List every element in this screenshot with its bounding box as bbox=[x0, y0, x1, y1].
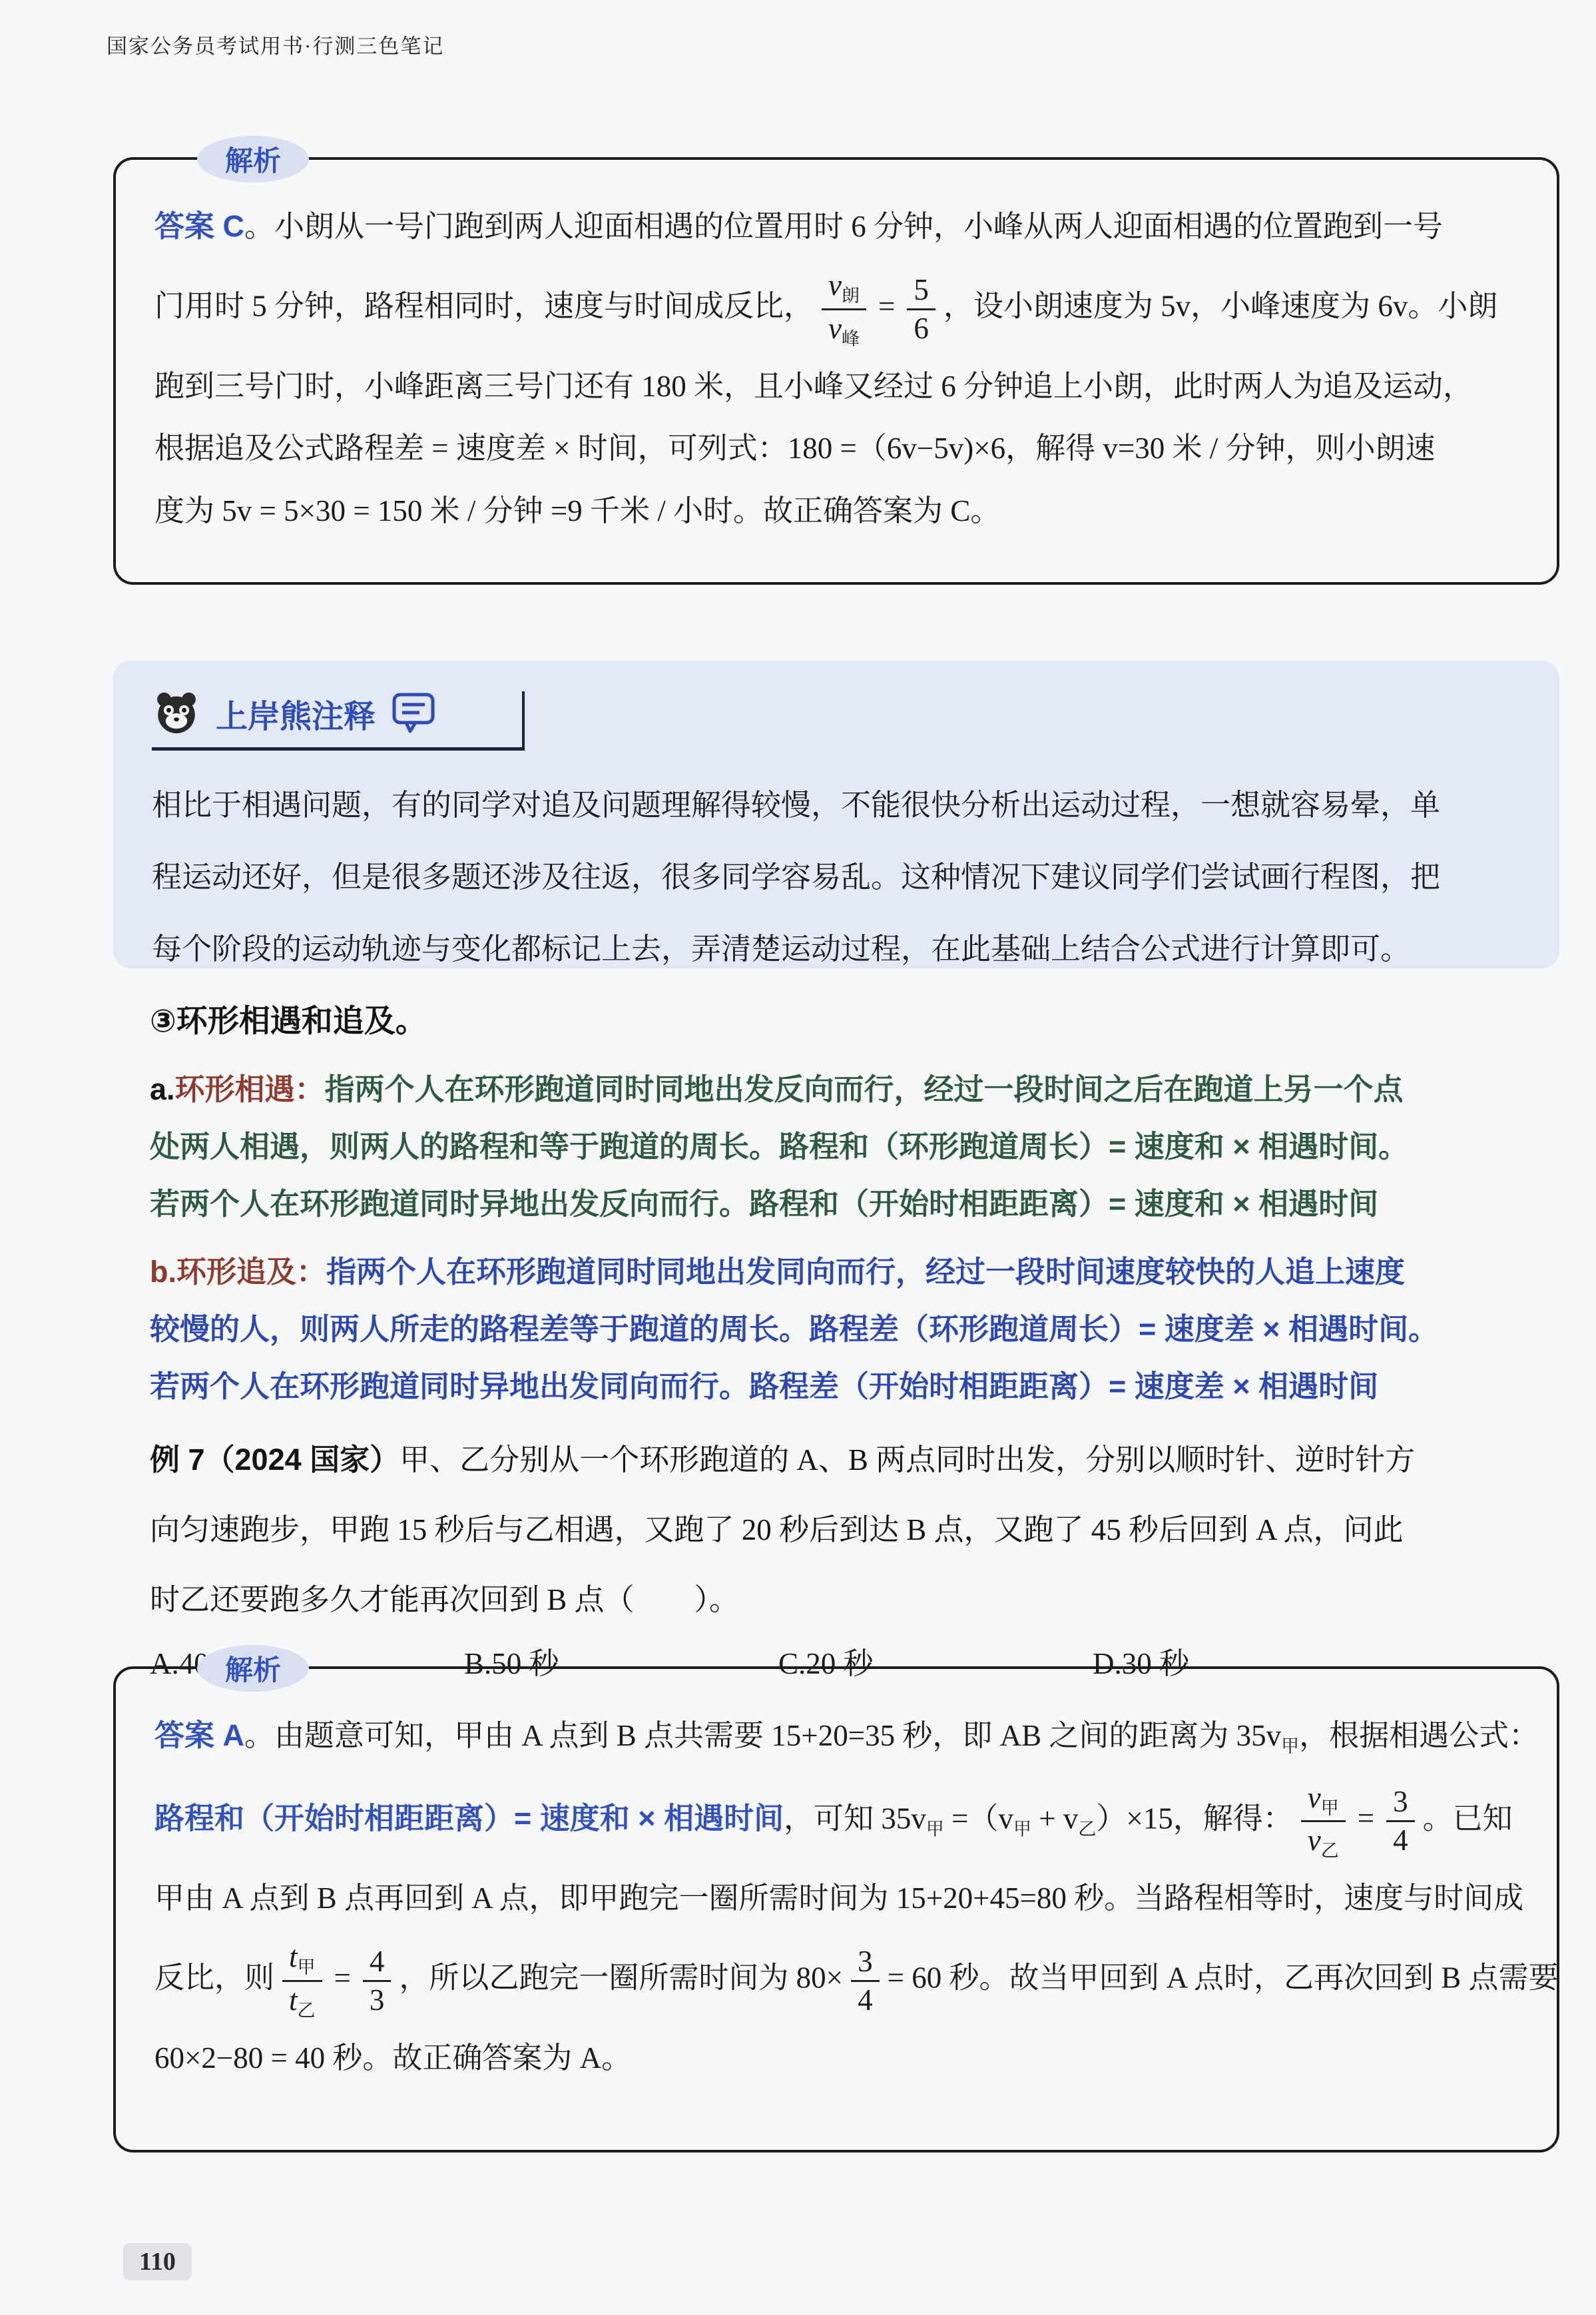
frac-num-sub: 朗 bbox=[842, 286, 860, 306]
book-page: 国家公务员考试用书·行测三色笔记 解析 答案 C。小朗从一号门跑到两人迎面相遇的… bbox=[0, 0, 1596, 2315]
answer-letter: 答案 C bbox=[154, 209, 244, 243]
note-header: 上岸熊注释 bbox=[152, 689, 525, 751]
analysis2-line4-text-a: 反比，则 bbox=[154, 1961, 274, 1995]
analysis2-line1-text-b: ，根据相遇公式： bbox=[1299, 1719, 1539, 1752]
circular-meeting-paragraph: a.环形相遇：指两个人在环形跑道同时同地出发反向而行，经过一段时间之后在跑道上另… bbox=[150, 1061, 1561, 1233]
analysis2-line2-text-d: ）×15，解得： bbox=[1096, 1802, 1292, 1835]
analysis2-line4-text-c: = 60 秒。故当甲回到 A 点时，乙再次回到 B 点需要 bbox=[888, 1961, 1559, 1995]
frac-num-base: t bbox=[289, 1940, 298, 1973]
analysis2-line3: 甲由 A 点到 B 点再回到 A 点，即甲跑完一圈所需时间为 15+20+45=… bbox=[154, 1879, 1518, 1918]
bear-icon bbox=[152, 689, 201, 738]
frac-num-sub: 甲 bbox=[1321, 1798, 1339, 1818]
equals-sign: = bbox=[334, 1961, 351, 1995]
para-a-line3: 若两个人在环形跑道同时异地出发反向而行。路程和（开始时相距距离）= 速度和 × … bbox=[150, 1175, 1561, 1233]
circular-pursuit-paragraph: b.环形追及：指两个人在环形跑道同时同地出发同向而行，经过一段时间速度较快的人追… bbox=[150, 1243, 1561, 1415]
para-b-line3: 若两个人在环形跑道同时异地出发同向而行。路程差（开始时相距距离）= 速度差 × … bbox=[150, 1358, 1561, 1415]
note-line2: 程运动还好，但是很多题还涉及往返，很多同学容易乱。这种情况下建议同学们尝试画行程… bbox=[152, 841, 1521, 913]
analysis1-line1-text: 小朗从一号门跑到两人迎面相遇的位置用时 6 分钟，小峰从两人迎面相遇的位置跑到一… bbox=[274, 210, 1443, 243]
frac-val-num: 5 bbox=[907, 274, 935, 311]
example-line2: 向匀速跑步，甲跑 15 秒后与乙相遇，又跑了 20 秒后到达 B 点，又跑了 4… bbox=[150, 1495, 1561, 1565]
fraction-3-4-small: 34 bbox=[851, 1945, 880, 2017]
analysis2-line5: 60×2−80 = 40 秒。故正确答案为 A。 bbox=[154, 2039, 1518, 2078]
example-line1: 例 7（2024 国家）甲、乙分别从一个环形跑道的 A、B 两点同时出发，分别以… bbox=[150, 1425, 1561, 1495]
frac-val-num: 4 bbox=[363, 1945, 392, 1983]
item-b-text1: 指两个人在环形跑道同时同地出发同向而行，经过一段时间速度较快的人追上速度 bbox=[326, 1255, 1405, 1289]
frac-den-base: v bbox=[828, 312, 842, 345]
analysis1-line2-text-b: ，设小朗速度为 5v，小峰速度为 6v。小朗 bbox=[943, 290, 1498, 323]
frac-den-sub: 乙 bbox=[298, 2001, 316, 2021]
analysis2-line2-text-c: + v bbox=[1031, 1802, 1078, 1835]
frac-val-num: 3 bbox=[1386, 1786, 1415, 1823]
fraction-5-6: 56 bbox=[907, 274, 935, 346]
example-7: 例 7（2024 国家）甲、乙分别从一个环形跑道的 A、B 两点同时出发，分别以… bbox=[150, 1425, 1561, 1682]
fraction-v-lang-feng: v朗v峰 bbox=[822, 269, 866, 349]
frac-den-base: t bbox=[289, 1983, 298, 2017]
v-jia-sub: 甲 bbox=[1281, 1736, 1299, 1756]
item-b-prefix: b. bbox=[150, 1255, 176, 1289]
frac-num: 3 bbox=[851, 1945, 880, 1983]
sub-jia-2: 甲 bbox=[1013, 1819, 1031, 1839]
header-corner-line bbox=[522, 691, 525, 747]
para-b-line2: 较慢的人，则两人所走的路程差等于跑道的周长。路程差（环形跑道周长）= 速度差 ×… bbox=[150, 1301, 1561, 1358]
item-a-prefix: a. bbox=[150, 1072, 175, 1106]
frac-den-base: v bbox=[1308, 1823, 1321, 1857]
comment-bubble-icon bbox=[390, 691, 438, 735]
equals-sign: = bbox=[1358, 1802, 1374, 1835]
analysis2-line1-text-a: 由题意可知，甲由 A 点到 B 点共需要 15+20=35 秒，即 AB 之间的… bbox=[274, 1719, 1281, 1752]
analysis-box-2: 解析 答案 A。由题意可知，甲由 A 点到 B 点共需要 15+20=35 秒，… bbox=[113, 1666, 1559, 2152]
fraction-3-4: 34 bbox=[1386, 1786, 1415, 1857]
note-box: 上岸熊注释 相比于相遇问题，有的同学对追及问题理解得较慢，不能很快分析出运动过程… bbox=[113, 661, 1559, 968]
item-b-term: 环形追及： bbox=[176, 1255, 326, 1289]
analysis2-line2-text-e: 。已知 bbox=[1423, 1802, 1513, 1835]
fraction-t-jia-yi: t甲t乙 bbox=[282, 1941, 322, 2021]
frac-val-den: 3 bbox=[370, 1982, 385, 2017]
running-head: 国家公务员考试用书·行测三色笔记 bbox=[107, 29, 444, 59]
analysis2-line4: 反比，则t甲t乙=43，所以乙跑完一圈所需时间为 80×34= 60 秒。故当甲… bbox=[154, 1941, 1518, 2021]
answer-period: 。 bbox=[244, 1719, 274, 1752]
example-tag: 例 7（2024 国家） bbox=[150, 1443, 399, 1477]
circular-motion-section: ③环形相遇和追及。 a.环形相遇：指两个人在环形跑道同时同地出发反向而行，经过一… bbox=[150, 996, 1561, 1682]
note-body: 相比于相遇问题，有的同学对追及问题理解得较慢，不能很快分析出运动过程，一想就容易… bbox=[152, 769, 1521, 985]
frac-den-sub: 峰 bbox=[842, 329, 860, 349]
frac-num-sub: 甲 bbox=[298, 1957, 316, 1977]
para-b-line1: b.环形追及：指两个人在环形跑道同时同地出发同向而行，经过一段时间速度较快的人追… bbox=[150, 1243, 1561, 1301]
item-a-term: 环形相遇： bbox=[175, 1072, 325, 1106]
section-heading: ③环形相遇和追及。 bbox=[150, 996, 1561, 1041]
analysis1-line5: 度为 5v = 5×30 = 150 米 / 分钟 =9 千米 / 小时。故正确… bbox=[154, 492, 1518, 531]
para-a-line1: a.环形相遇：指两个人在环形跑道同时同地出发反向而行，经过一段时间之后在跑道上另… bbox=[150, 1061, 1561, 1118]
analysis2-line4-text-b: ，所以乙跑完一圈所需时间为 80× bbox=[399, 1961, 843, 1995]
meeting-formula-blue: 路程和（开始时相距距离）= 速度和 × 相遇时间 bbox=[154, 1801, 784, 1835]
frac-den-sub: 乙 bbox=[1321, 1841, 1339, 1861]
para-a-line2: 处两人相遇，则两人的路程和等于跑道的周长。路程和（环形跑道周长）= 速度和 × … bbox=[150, 1118, 1561, 1175]
analysis2-line2-text-b: =（v bbox=[944, 1802, 1013, 1835]
note-line1: 相比于相遇问题，有的同学对追及问题理解得较慢，不能很快分析出运动过程，一想就容易… bbox=[152, 769, 1521, 841]
equals-sign: = bbox=[878, 290, 895, 323]
analysis1-line1: 答案 C。小朗从一号门跑到两人迎面相遇的位置用时 6 分钟，小峰从两人迎面相遇的… bbox=[154, 206, 1518, 246]
analysis2-line2: 路程和（开始时相距距离）= 速度和 × 相遇时间，可知 35v甲 =（v甲 + … bbox=[154, 1782, 1518, 1861]
analysis2-line2-text-a: ，可知 35v bbox=[784, 1802, 926, 1835]
frac-num-base: v bbox=[828, 268, 842, 302]
frac-num-base: v bbox=[1308, 1781, 1321, 1814]
sub-yi-1: 乙 bbox=[1078, 1819, 1096, 1839]
fraction-4-3: 43 bbox=[363, 1945, 392, 2017]
item-a-text1: 指两个人在环形跑道同时同地出发反向而行，经过一段时间之后在跑道上另一个点 bbox=[325, 1072, 1404, 1106]
fraction-v-jia-yi: v甲v乙 bbox=[1301, 1782, 1346, 1861]
note-title: 上岸熊注释 bbox=[216, 691, 376, 737]
example-text1: 甲、乙分别从一个环形跑道的 A、B 两点同时出发，分别以顺时针、逆时针方 bbox=[399, 1443, 1415, 1477]
analysis-box-1: 解析 答案 C。小朗从一号门跑到两人迎面相遇的位置用时 6 分钟，小峰从两人迎面… bbox=[113, 157, 1559, 585]
example-line3: 时乙还要跑多久才能再次回到 B 点（ ）。 bbox=[150, 1565, 1561, 1635]
analysis-label: 解析 bbox=[197, 136, 309, 182]
frac-val-den: 4 bbox=[1393, 1822, 1408, 1857]
answer-letter: 答案 A bbox=[154, 1718, 244, 1752]
analysis1-line4: 根据追及公式路程差 = 速度差 × 时间，可列式：180 =（6v−5v)×6，… bbox=[154, 429, 1518, 468]
analysis2-line1: 答案 A。由题意可知，甲由 A 点到 B 点共需要 15+20=35 秒，即 A… bbox=[154, 1716, 1518, 1759]
page-number: 110 bbox=[123, 2243, 192, 2280]
analysis1-line2-text-a: 门用时 5 分钟，路程相同时，速度与时间成反比， bbox=[154, 290, 814, 323]
frac-den: 4 bbox=[858, 1982, 873, 2017]
answer-period: 。 bbox=[244, 210, 274, 243]
frac-val-den: 6 bbox=[914, 310, 929, 346]
analysis1-line2: 门用时 5 分钟，路程相同时，速度与时间成反比，v朗v峰=56，设小朗速度为 5… bbox=[154, 269, 1518, 349]
note-line3: 每个阶段的运动轨迹与变化都标记上去，弄清楚运动过程，在此基础上结合公式进行计算即… bbox=[152, 913, 1521, 985]
sub-jia-1: 甲 bbox=[926, 1819, 944, 1839]
analysis1-line3: 跑到三号门时，小峰距离三号门还有 180 米，且小峰又经过 6 分钟追上小朗，此… bbox=[154, 367, 1518, 406]
analysis-label: 解析 bbox=[197, 1645, 309, 1692]
